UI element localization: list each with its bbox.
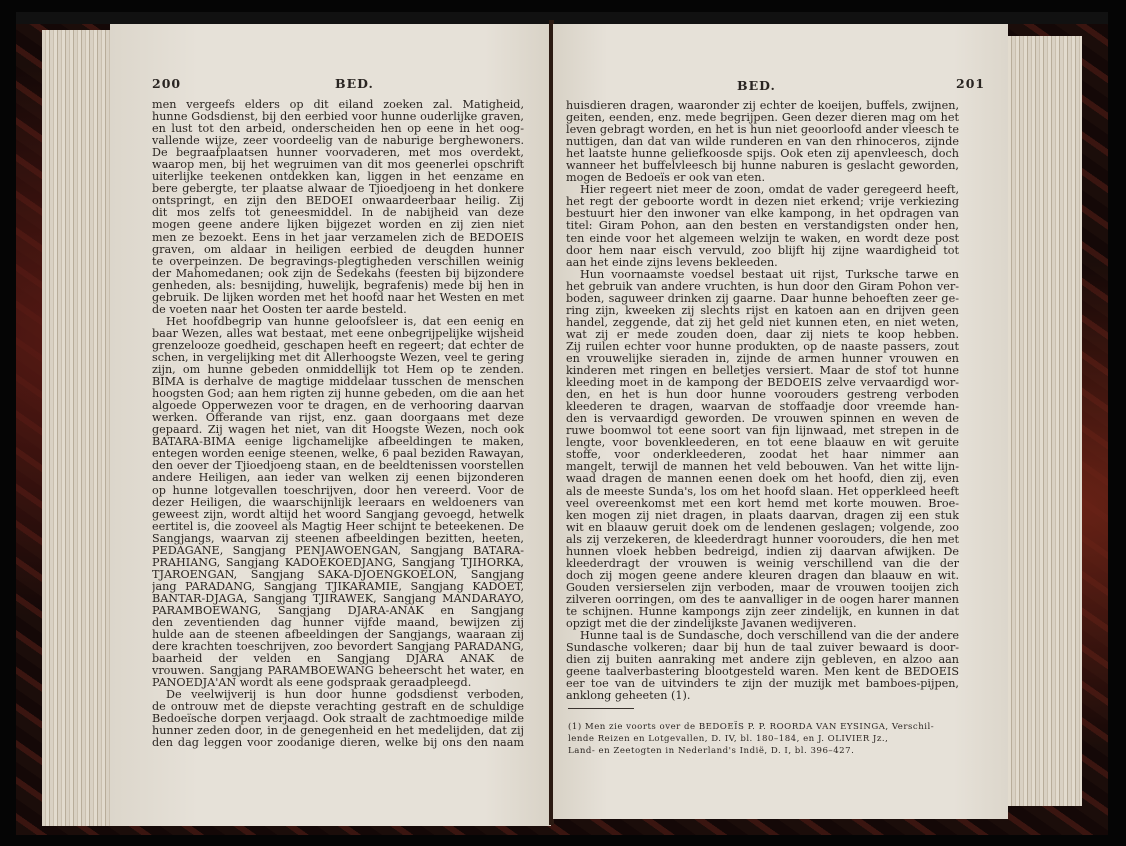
text-line: bestuurt hier den inwoner van elke kampo…	[566, 208, 959, 220]
text-line: Gouden versierselen zijn verboden, maar …	[566, 582, 959, 594]
text-line: op hunne lotgevallen toeschrijven, door …	[152, 485, 524, 497]
text-line: mangelt, terwijl de mannen het veld bebo…	[566, 461, 959, 473]
text-line: de ontrouw met de diepste verachting ges…	[152, 701, 524, 713]
text-line: ken mogen zij niet dragen, in plaats daa…	[566, 510, 959, 522]
text-line: de voeten naar het Oosten ter aarde best…	[152, 304, 524, 316]
text-line: Sangjangs, waarvan zij steenen afbeeldin…	[152, 533, 524, 545]
text-line: nuttigen, dan dat van wilde runderen en …	[566, 136, 959, 148]
text-line: hunne Godsdienst, bij den eerbied voor h…	[152, 111, 524, 123]
text-line: De veelwijverij is hun door hunne godsdi…	[152, 689, 524, 701]
footnote-rule	[568, 708, 634, 709]
text-line: grenzelooze goedheid, geschapen heeft en…	[152, 340, 524, 352]
text-line: zijn, om hunne gebeden onmiddellijk tot …	[152, 364, 524, 376]
text-line: der Mahomedanen; ook zijn de Sedekahs (f…	[152, 268, 524, 280]
text-line: baar Wezen, alles wat bestaat, met eene …	[152, 328, 524, 340]
text-line: Hier regeert niet meer de zoon, omdat de…	[566, 184, 959, 196]
text-line: Bedoeïsche dorpen verjaagd. Ook straalt …	[152, 713, 524, 725]
text-line: stoffe, voor onderkleederen, zoodat het …	[566, 449, 959, 461]
text-line: eer toe van de uitvinders te zijn der mu…	[566, 678, 959, 690]
text-line: men vergeefs elders op dit eiland zoeken…	[152, 99, 524, 111]
text-line: Zij ruilen echter voor hunne produkten, …	[566, 341, 959, 353]
text-line: genheden, als: besnijding, huwelijk, beg…	[152, 280, 524, 292]
text-line: kleederdragt der vrouwen is weinig versc…	[566, 558, 959, 570]
text-line: geene taalverbastering blootgesteld ware…	[566, 666, 959, 678]
text-line: door hem naar eisch vervuld, zoo blijft …	[566, 245, 959, 257]
text-line: waad dragen de mannen eenen doek om het …	[566, 473, 959, 485]
page-number: 201	[956, 76, 985, 91]
text-line: te schijnen. Hunne kampongs zijn zeer zi…	[566, 606, 959, 618]
text-line: dit mos zelfs tot geneesmiddel. In de na…	[152, 207, 524, 219]
text-line: hunnen vloek hebben bedreigd, indien zij…	[566, 546, 959, 558]
text-line: PEDAGANE, Sangjang PENJAWOENGAN, Sangjan…	[152, 545, 524, 557]
page-edges-right	[1004, 36, 1082, 806]
text-line: als de meeste Sunda's, los om het hoofd …	[566, 486, 959, 498]
text-line: kinderen met ringen en belletjes versier…	[566, 365, 959, 377]
text-line: geiten, eenden, enz. mede begrijpen. Gee…	[566, 112, 959, 124]
text-line: den is vervaardigd geworden. De vrouwen …	[566, 413, 959, 425]
text-line: het laatste hunne geliefkoosde spijs. Oo…	[566, 148, 959, 160]
text-line: andere Heiligen, aan ieder van welken zi…	[152, 472, 524, 484]
text-line: kleederen te dragen, waarvan de stoffaad…	[566, 401, 959, 413]
text-line: De begraafplaatsen hunner voorvaderen, m…	[152, 147, 524, 159]
text-line: algoede Opperwezen voor te dragen, en de…	[152, 400, 524, 412]
text-line: mogen de Bedoeïs er ook van eten.	[566, 172, 959, 184]
text-line: Sundasche volkeren; daar bij hun de taal…	[566, 642, 959, 654]
page-number: 200	[152, 76, 181, 91]
right-page: BED. 201 huisdieren dragen, waaronder zi…	[553, 24, 1008, 819]
text-line: geweest zijn, wordt altijd het woord San…	[152, 509, 524, 521]
text-line: zilveren oorringen, om des te aanvallige…	[566, 594, 959, 606]
shadow-top	[16, 12, 1108, 24]
text-line: BIMA is derhalve de magtige middelaar tu…	[152, 376, 524, 388]
text-line: anklong geheeten (1).	[566, 690, 959, 702]
text-line: hulde aan de steenen afbeeldingen der Sa…	[152, 629, 524, 641]
text-line: baarheid der velden en Sangjang DJARA AN…	[152, 653, 524, 665]
text-line: jang PARADANG, Sangjang TJIKARAMIE, Sang…	[152, 581, 524, 593]
text-line: waarop men, bij het wegruimen van dit mo…	[152, 159, 524, 171]
text-line: titel: Giram Pohon, aan den besten en ve…	[566, 220, 959, 232]
text-line: dezer Heiligen, die waarschijnlijk leera…	[152, 497, 524, 509]
text-line: leven gebragt worden, en het is hun niet…	[566, 124, 959, 136]
left-page: 200 BED. men vergeefs elders op dit eila…	[110, 24, 551, 826]
text-line: opzigt met die der zindelijkste Javanen …	[566, 618, 959, 630]
text-line: aan het einde zijns levens bekleeden.	[566, 257, 959, 269]
text-line: PRAHIANG, Sangjang KADOEKOEDJANG, Sangja…	[152, 557, 524, 569]
text-line: BANTAR-DJÄGA, Sangjang TJIRAWEK, Sangjan…	[152, 593, 524, 605]
text-line: lengte, voor bovenkleederen, en tot eene…	[566, 437, 959, 449]
text-line: PANOEDJA'AN wordt als eene godspraak ger…	[152, 677, 524, 689]
text-line: Het hoofdbegrip van hunne geloofsleer is…	[152, 316, 524, 328]
footnote: (1) Men zie voorts over de BEDOEÏS P. P.…	[568, 721, 963, 757]
text-line: uiterlijke teekenen ontdekken kan, ligge…	[152, 171, 524, 183]
text-line: veel overeenkomst met een kort hemd met …	[566, 498, 959, 510]
text-line: ruwe boomwol tot eene soort van fijn lij…	[566, 425, 959, 437]
text-line: bere gebergte, ter plaatse alwaar de Tji…	[152, 183, 524, 195]
text-line: dere krachten toeschrijven, zoo bevorder…	[152, 641, 524, 653]
footnote-line: (1) Men zie voorts over de BEDOEÏS P. P.…	[568, 721, 963, 733]
text-line: boden, saguweer drinken zij gaarne. Daar…	[566, 293, 959, 305]
footnote-line: lende Reizen en Lotgevallen, D. IV, bl. …	[568, 733, 963, 745]
text-line: dien zij buiten aanraking met andere zij…	[566, 654, 959, 666]
text-line: en lust tot den arbeid, onderscheiden he…	[152, 123, 524, 135]
text-line: doch zij mogen geene andere kleuren drag…	[566, 570, 959, 582]
text-line: vallende wijze, zeer voordeelig van de n…	[152, 135, 524, 147]
body-text: huisdieren dragen, waaronder zij echter …	[566, 100, 959, 702]
text-line: Hun voornaamste voedsel bestaat uit rijs…	[566, 269, 959, 281]
text-line: schen, in vergelijking met dit Allerhoog…	[152, 352, 524, 364]
text-line: werken. Offerande van rijst, enz. gaan d…	[152, 412, 524, 424]
text-line: te overpeinzen. De begravings-plegtighed…	[152, 256, 524, 268]
text-line: ontspringt, en zijn den BEDOEÏ onwaardee…	[152, 195, 524, 207]
text-line: PARAMBOEWANG, Sangjang DJARA-ANAK en San…	[152, 605, 524, 617]
text-line: wanneer het buffelvleesch bij hunne nabu…	[566, 160, 959, 172]
text-line: gepaard. Zij wagen het niet, van dit Hoo…	[152, 424, 524, 436]
text-line: graven, om aldaar in heiligen eerbied de…	[152, 244, 524, 256]
text-line: TJAROENGAN, Sangjang SAKA-DJOENGKOELON, …	[152, 569, 524, 581]
footnote-line: Land- en Zeetogten in Nederland's Indië,…	[568, 745, 963, 757]
body-text: men vergeefs elders op dit eiland zoeken…	[152, 99, 524, 750]
text-line: hunner zeden door, in de genegenheid en …	[152, 725, 524, 737]
text-line: Hunne taal is de Sundasche, doch verschi…	[566, 630, 959, 642]
text-line: men ze bezoekt. Eens in het jaar verzame…	[152, 232, 524, 244]
text-line: den dag leggen voor zoodanige dieren, we…	[152, 737, 524, 749]
text-line: handel, zeggende, dat zij het geld niet …	[566, 317, 959, 329]
text-line: het regt der geboorte wordt in dezen nie…	[566, 196, 959, 208]
text-line: het gebruik van andere vruchten, is hun …	[566, 281, 959, 293]
text-line: ten einde voor het algemeen welzijn te w…	[566, 233, 959, 245]
running-head: BED.	[737, 78, 776, 93]
text-line: kleeding moet in de kampong der BEDOEÏS …	[566, 377, 959, 389]
running-head: BED.	[335, 76, 374, 91]
text-line: den, en het is hun door hunne voorouders…	[566, 389, 959, 401]
text-line: gebruik. De lijken worden met het hoofd …	[152, 292, 524, 304]
text-line: vrouwen. Sangjang PARAMBOEWANG beheersch…	[152, 665, 524, 677]
text-line: hoogsten God; aan hem rigten zij hunne g…	[152, 388, 524, 400]
text-line: den zeventienden dag hunner vijfde maand…	[152, 617, 524, 629]
text-line: BATARA-BIMA eenige ligchamelijke afbeeld…	[152, 436, 524, 448]
text-line: entegen worden eenige steenen, welke, 6 …	[152, 448, 524, 460]
text-line: eertitel is, die zooveel als Magtig Heer…	[152, 521, 524, 533]
text-line: den oever der Tjioedjoeng staan, en de b…	[152, 460, 524, 472]
page-edges-left	[42, 30, 112, 826]
text-line: mogen geene andere lijken bijgezet worde…	[152, 219, 524, 231]
text-line: wat zij er mede zouden doen, daar zij ni…	[566, 329, 959, 341]
text-line: ring zijn, kweeken zij slechts rijst en …	[566, 305, 959, 317]
text-line: wit en blaauw geruit doek om de lendenen…	[566, 522, 959, 534]
text-line: huisdieren dragen, waaronder zij echter …	[566, 100, 959, 112]
text-line: en vrouwelijke sieraden in, zijnde de ar…	[566, 353, 959, 365]
text-line: als zij verzekeren, de kleederdragt hunn…	[566, 534, 959, 546]
